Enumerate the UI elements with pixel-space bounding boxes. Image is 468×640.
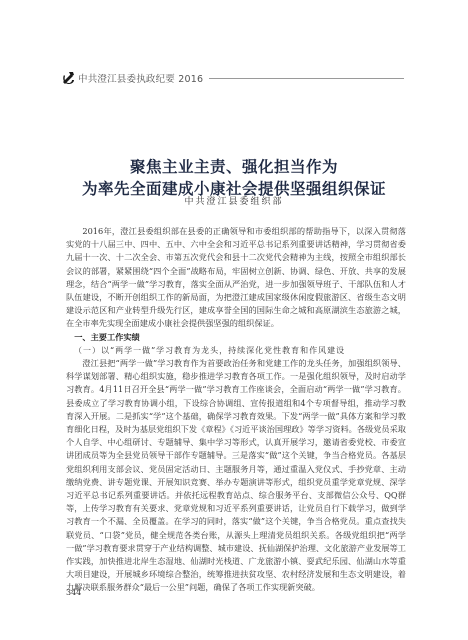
intro-paragraph: 2016年，澄江县委组织部在县委的正确领导和市委组织部的帮助指导下，以深入贯彻落…: [66, 225, 406, 331]
section-heading: 一、主要工作实绩: [66, 331, 406, 344]
running-header-text: 中共澄江县委执政纪要 2016: [78, 71, 203, 85]
party-emblem-icon: [60, 70, 76, 86]
body-paragraph: 澄江县把“两学一做”学习教育作为首要政治任务和党建工作的龙头任务，加强组织领导、…: [66, 357, 406, 595]
article-author: 中共澄江县委组织部: [0, 194, 468, 207]
article-body: 2016年，澄江县委组织部在县委的正确领导和市委组织部的帮助指导下，以深入贯彻落…: [66, 225, 406, 595]
running-header: 中共澄江县委执政纪要 2016: [60, 70, 458, 86]
title-line-1: 聚焦主业主责、强化担当作为: [0, 156, 468, 178]
header-rule: [209, 78, 404, 79]
subsection-heading: （一）以“两学一做”学习教育为龙头，持续深化党性教育和作风建设: [66, 344, 406, 357]
page-number: 344: [66, 588, 81, 597]
